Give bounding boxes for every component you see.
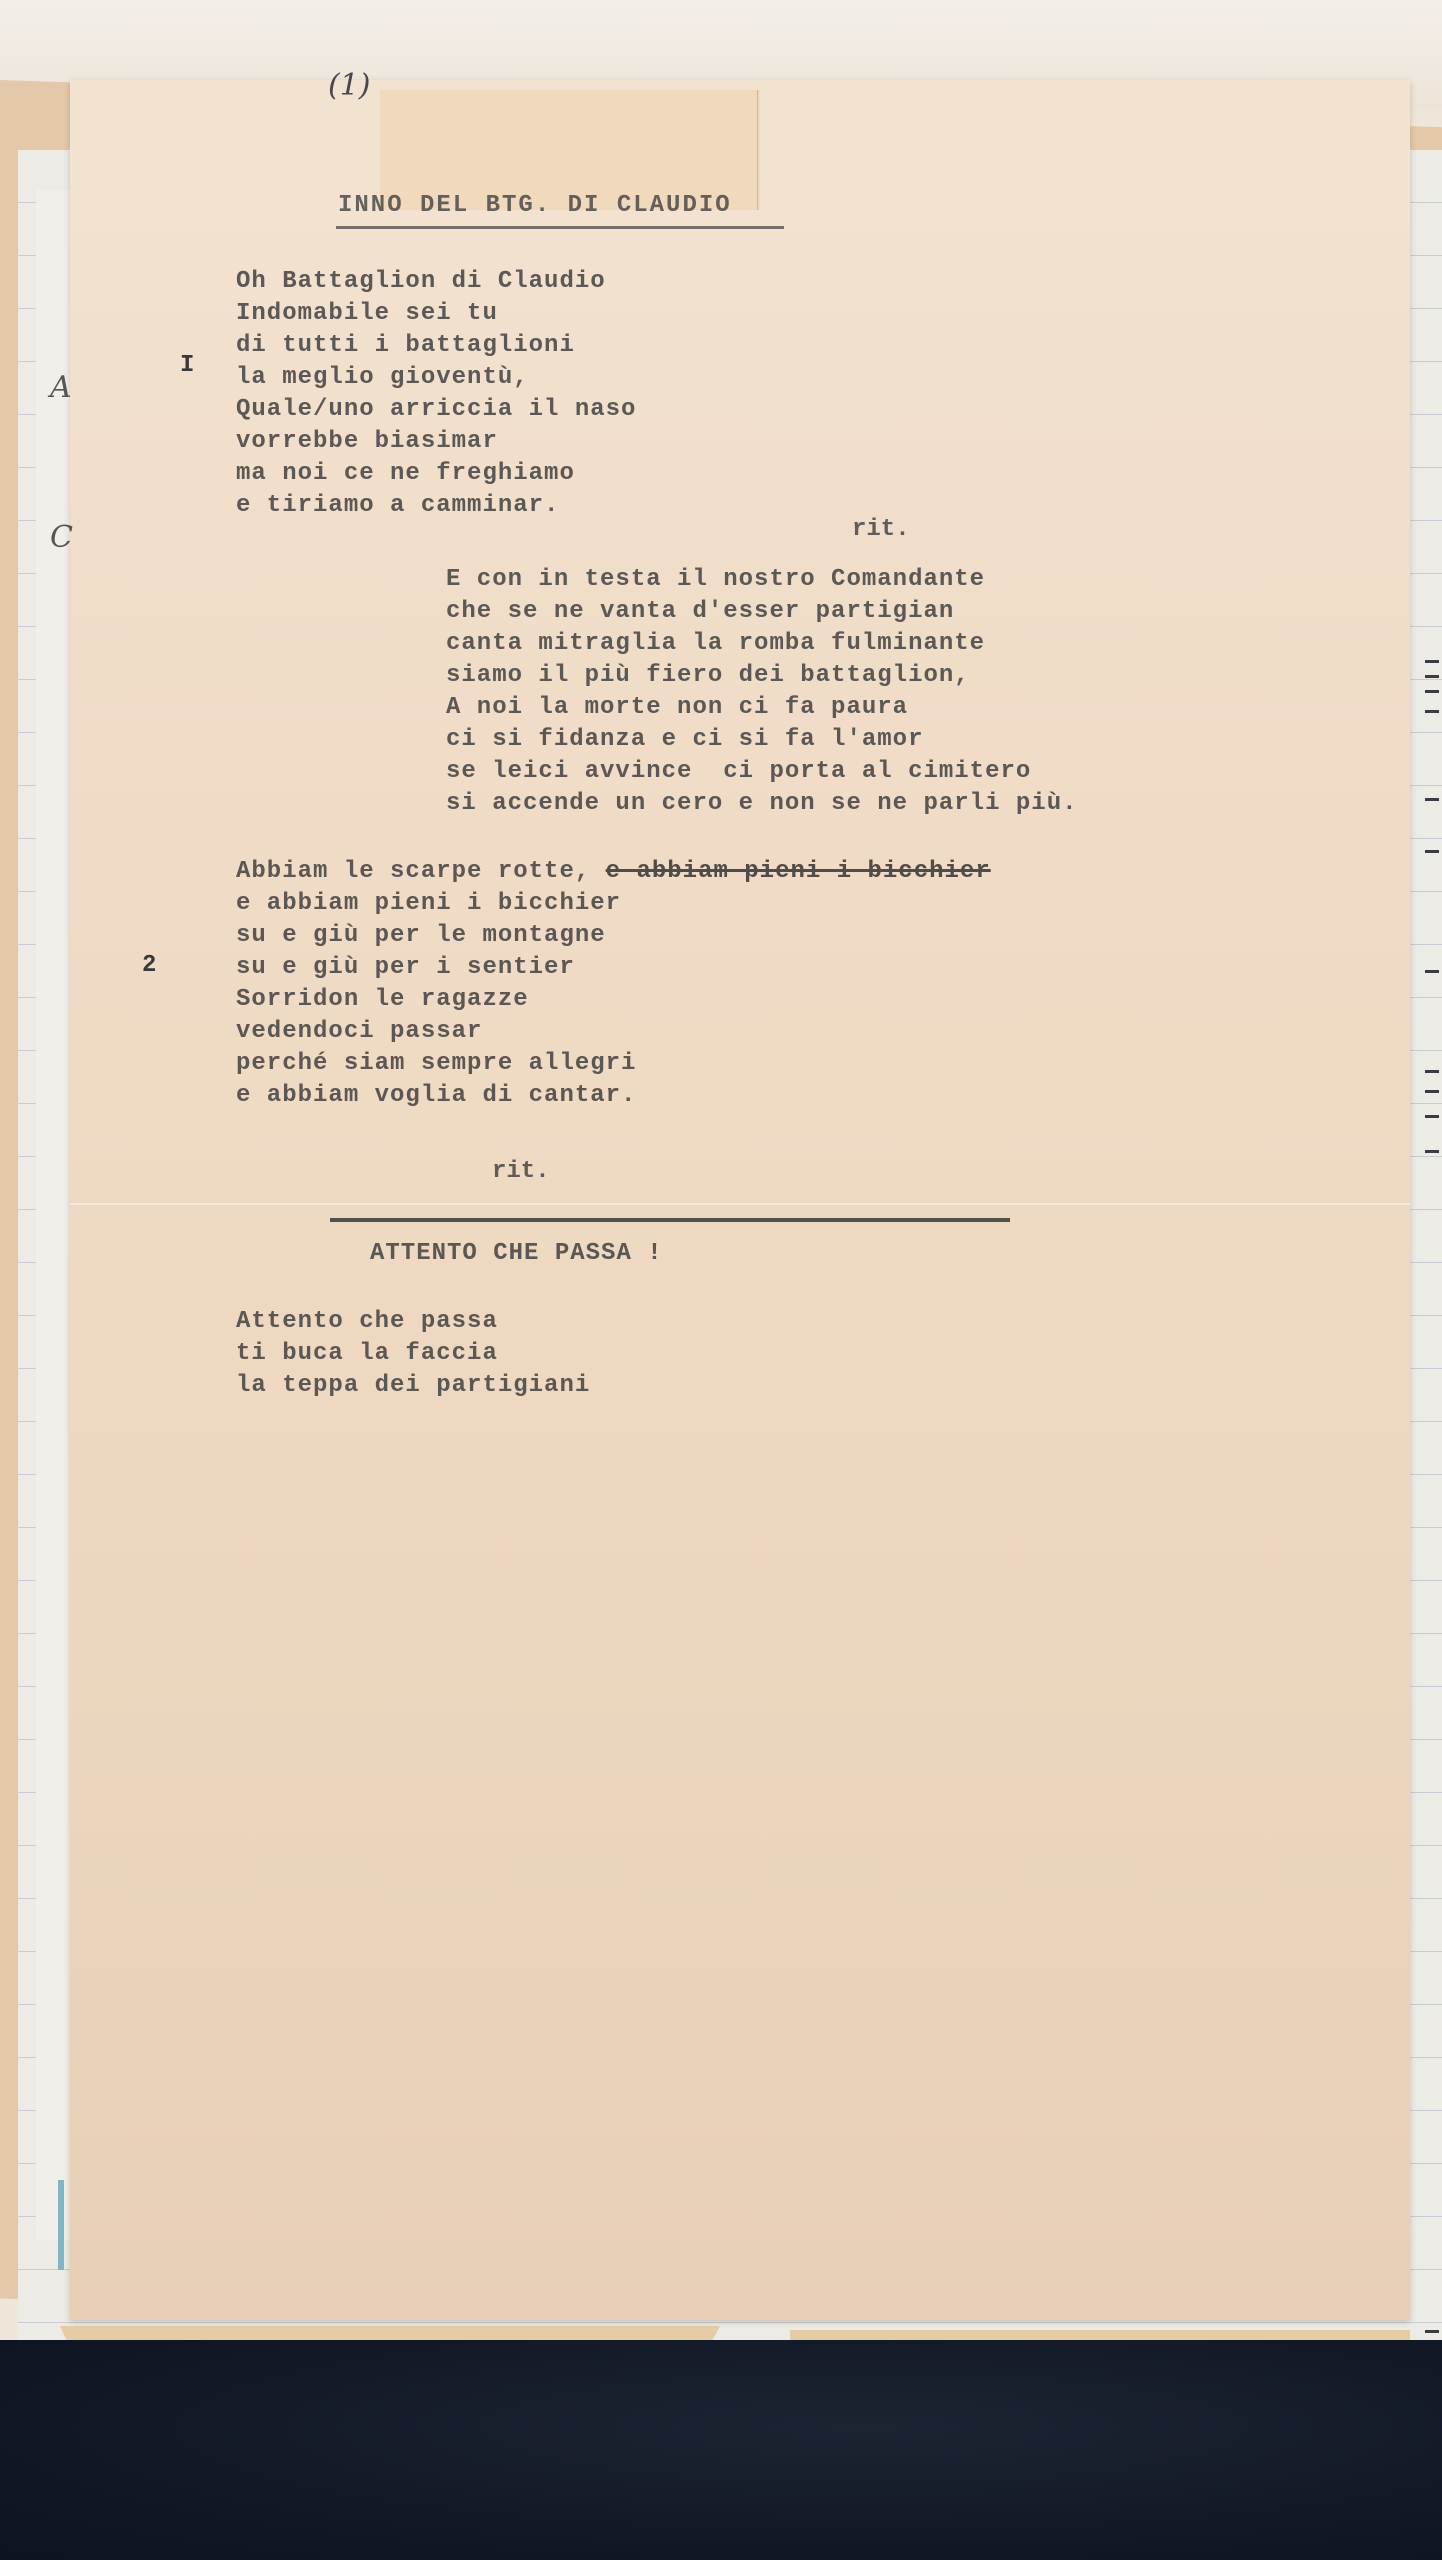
handwritten-page-number: (1) (328, 68, 371, 103)
margin-letter: C (50, 520, 80, 580)
refrain-line: canta mitraglia la romba fulminante (446, 628, 1078, 660)
verse-line: ma noi ce ne freghiamo (236, 458, 636, 490)
refrain-line: se leici avvince ci porta al cimitero (446, 756, 1078, 788)
verse-line: e abbiam pieni i bicchier (236, 888, 991, 920)
refrain-line: che se ne vanta d'esser partigian (446, 596, 1078, 628)
refrain-line: si accende un cero e non se ne parli più… (446, 788, 1078, 820)
verse-line: e abbiam voglia di cantar. (236, 1080, 991, 1112)
verse-line: Sorridon le ragazze (236, 984, 991, 1016)
title-underline (336, 226, 784, 229)
dark-fabric-background (0, 2340, 1442, 2560)
stanza-1: Oh Battaglion di Claudio Indomabile sei … (236, 266, 636, 522)
refrain-marker: rit. (852, 516, 910, 543)
struck-text: e abbiam pieni i bicchier (606, 858, 991, 885)
song-title: INNO DEL BTG. DI CLAUDIO (338, 192, 732, 219)
verse-line: Attento che passa (236, 1306, 590, 1338)
refrain-line: E con in testa il nostro Comandante (446, 564, 1078, 596)
verse-line: su e giù per i sentier (236, 952, 991, 984)
refrain: E con in testa il nostro Comandante che … (446, 564, 1078, 820)
refrain-line: siamo il più fiero dei battaglion, (446, 660, 1078, 692)
verse-line: vorrebbe biasimar (236, 426, 636, 458)
refrain-marker: rit. (492, 1158, 550, 1185)
verse-line: su e giù per le montagne (236, 920, 991, 952)
margin-letter: A (50, 370, 80, 430)
paper-fold (70, 1203, 1410, 1205)
verse-line: la teppa dei partigiani (236, 1370, 590, 1402)
song-2-verse: Attento che passa ti buca la faccia la t… (236, 1306, 590, 1402)
verse-line: Abbiam le scarpe rotte, e abbiam pieni i… (236, 856, 991, 888)
stanza-2: Abbiam le scarpe rotte, e abbiam pieni i… (236, 856, 991, 1112)
verse-line: di tutti i battaglioni (236, 330, 636, 362)
section-divider (330, 1218, 1010, 1222)
verse-line: Oh Battaglion di Claudio (236, 266, 636, 298)
verse-line: Indomabile sei tu (236, 298, 636, 330)
verse-line: Quale/uno arriccia il naso (236, 394, 636, 426)
verse-line: perché siam sempre allegri (236, 1048, 991, 1080)
verse-line: vedendoci passar (236, 1016, 991, 1048)
margin-pen-ticks (1425, 630, 1442, 2330)
stanza-number: I (180, 352, 194, 379)
margin-handwriting: A C (50, 370, 80, 580)
verse-line: ti buca la faccia (236, 1338, 590, 1370)
song-title: ATTENTO CHE PASSA ! (370, 1240, 663, 1267)
blue-sheet-edge (58, 2180, 64, 2270)
refrain-line: A noi la morte non ci fa paura (446, 692, 1078, 724)
stanza-number: 2 (142, 952, 156, 979)
verse-line: la meglio gioventù, (236, 362, 636, 394)
verse-line: e tiriamo a camminar. (236, 490, 636, 522)
refrain-line: ci si fidanza e ci si fa l'amor (446, 724, 1078, 756)
paper-crease (757, 90, 758, 210)
